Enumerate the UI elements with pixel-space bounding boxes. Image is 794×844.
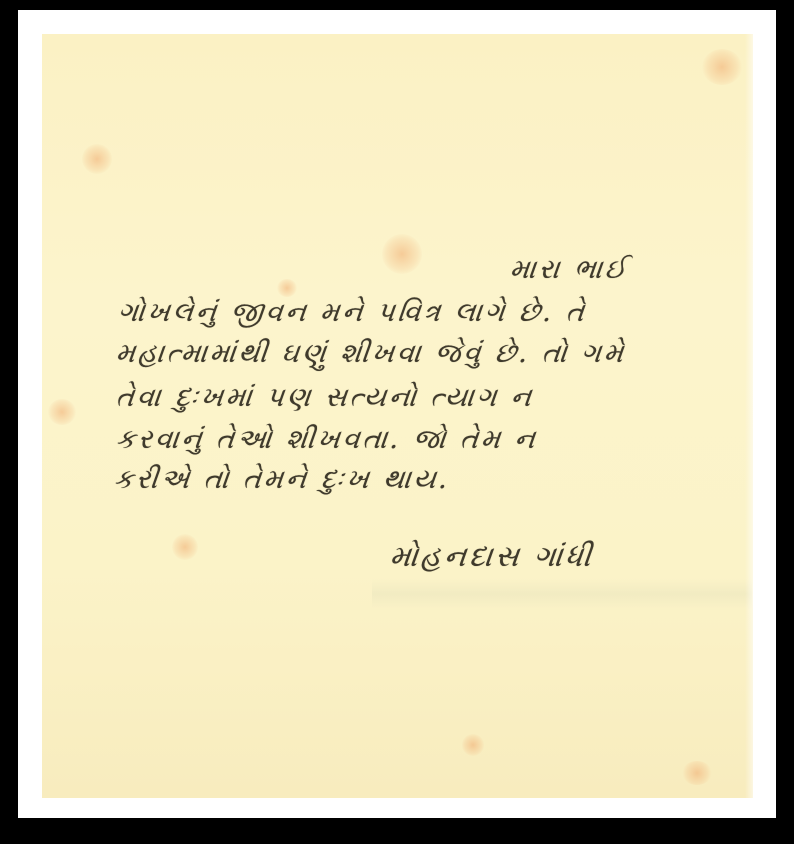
- body-line-5: કરીએ તો તેમને દુઃખ થાય.: [113, 466, 452, 493]
- body-line-3: તેવા દુઃખમાં પણ સત્યનો ત્યાગ ન: [115, 384, 536, 411]
- foxing-spot: [48, 399, 76, 425]
- salutation: મારા ભાઈ: [509, 256, 631, 283]
- paper-sheet: મારા ભાઈ ગોખલેનું જીવન મને પવિત્ર લાગે છ…: [42, 34, 753, 798]
- body-line-1: ગોખલેનું જીવન મને પવિત્ર લાગે છે. તે: [117, 299, 589, 326]
- body-line-2: મહાત્મામાંથી ઘણું શીખવા જેવું છે. તો ગમે: [115, 340, 628, 367]
- foxing-spot: [462, 734, 484, 756]
- fold-shadow: [372, 579, 752, 609]
- foxing-spot: [277, 279, 297, 297]
- foxing-spot: [682, 761, 712, 785]
- foxing-spot: [82, 144, 112, 174]
- body-line-4: કરવાનું તેઓ શીખવતા. જો તેમ ન: [115, 426, 540, 453]
- foxing-spot: [172, 534, 198, 560]
- foxing-spot: [702, 49, 742, 85]
- foxing-spot: [382, 234, 422, 274]
- signature: મોહનદાસ ગાંધી: [388, 542, 595, 571]
